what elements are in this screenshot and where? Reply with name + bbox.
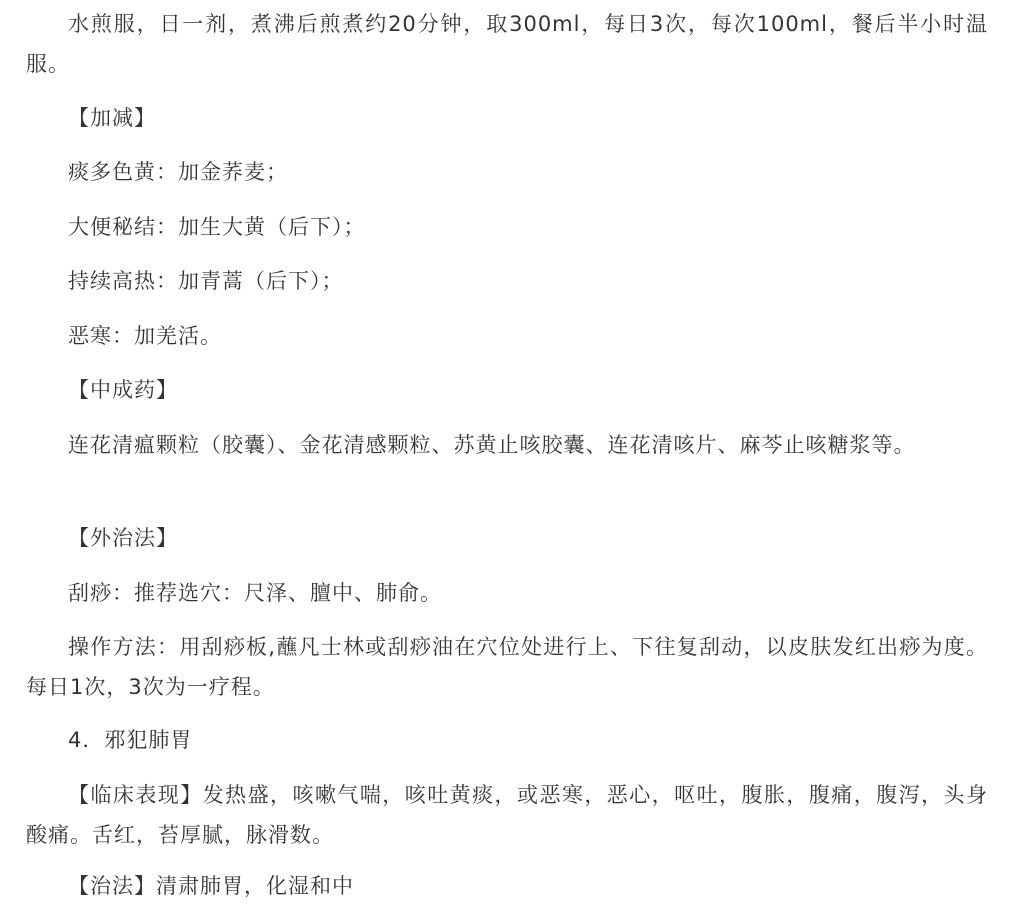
document-page: 水煎服，日一剂，煮沸后煎煮约20分钟，取300ml，每日3次，每次100ml，餐… [0,0,1012,908]
modification-high-fever: 持续高热：加青蒿（后下）； [26,261,988,301]
modification-phlegm: 痰多色黄：加金荞麦； [26,152,988,192]
gua-sha-method: 操作方法：用刮痧板,蘸凡士林或刮痧油在穴位处进行上、下往复刮动，以皮肤发红出痧为… [26,627,988,707]
subsection-heading-4: 4．邪犯肺胃 [26,720,988,760]
section-heading-patent-medicine: 【中成药】 [26,370,988,410]
clinical-manifestations: 【临床表现】发热盛，咳嗽气喘，咳吐黄痰，或恶寒，恶心，呕吐，腹胀，腹痛，腹泻，头… [26,775,988,855]
modification-chills: 恶寒：加羌活。 [26,316,988,356]
modification-constipation: 大便秘结：加生大黄（后下）； [26,207,988,247]
treatment-principle: 【治法】清肃肺胃，化湿和中 [26,866,988,906]
patent-medicine-list: 连花清瘟颗粒（胶囊）、金花清感颗粒、苏黄止咳胶囊、连花清咳片、麻芩止咳糖浆等。 [26,425,988,465]
section-heading-external-treatment: 【外治法】 [26,518,988,558]
section-heading-modifications: 【加减】 [26,98,988,138]
dosage-instructions: 水煎服，日一剂，煮沸后煎煮约20分钟，取300ml，每日3次，每次100ml，餐… [26,4,988,84]
gua-sha-acupoints: 刮痧：推荐选穴：尺泽、膻中、肺俞。 [26,573,988,613]
